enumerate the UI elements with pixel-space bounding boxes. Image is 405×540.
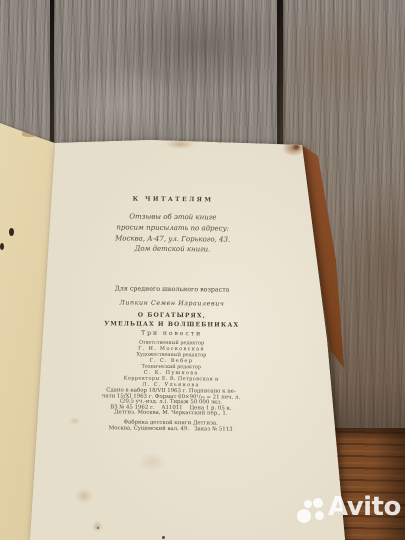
book-subtitle: Три повести [62,329,282,338]
to-readers-heading: К ЧИТАТЕЛЯМ [63,195,283,204]
avito-logo-dot-icon [304,500,312,508]
product-photo: К ЧИТАТЕЛЯМ Отзывы об этой книге просим … [0,0,405,540]
book-page: К ЧИТАТЕЛЯМ Отзывы об этой книге просим … [0,0,405,540]
avito-logo-dot-icon [313,498,323,508]
avito-logo-dot-icon [315,511,324,520]
avito-watermark: Avito [294,496,400,532]
audience-note: Для среднего школьного возраста [62,285,282,294]
to-readers-address: Отзывы об этой книге просим присылать по… [62,211,282,256]
printer-line: Москва, Сущевский вал, 49. Заказ № 5113 [61,425,281,434]
colophon-text-column: К ЧИТАТЕЛЯМ Отзывы об этой книге просим … [59,0,285,540]
avito-watermark-text: Avito [328,492,401,522]
avito-logo-dot-icon [297,509,311,523]
author-name: Липкин Семен Израилевич [62,299,282,308]
imprint-line: Детгиз. Москва, М. Черкасский пер., 1. [61,410,281,418]
book-title: О БОГАТЫРЯХ, УМЕЛЬЦАХ И ВОЛШЕБНИКАХ [62,310,282,330]
to-readers-line: Дом детской книги. [62,243,282,256]
imprint-block: Сдано в набор 18/VII 1963 г. Подписано к… [61,388,281,418]
book-page-wrap: К ЧИТАТЕЛЯМ Отзывы об этой книге просим … [0,0,405,540]
printer-block: Фабрика детской книги Детгиза. Москва, С… [61,419,281,434]
credits-block: Ответственный редактор Г. И. Московская … [61,339,281,390]
page-edge-damage [292,143,301,151]
